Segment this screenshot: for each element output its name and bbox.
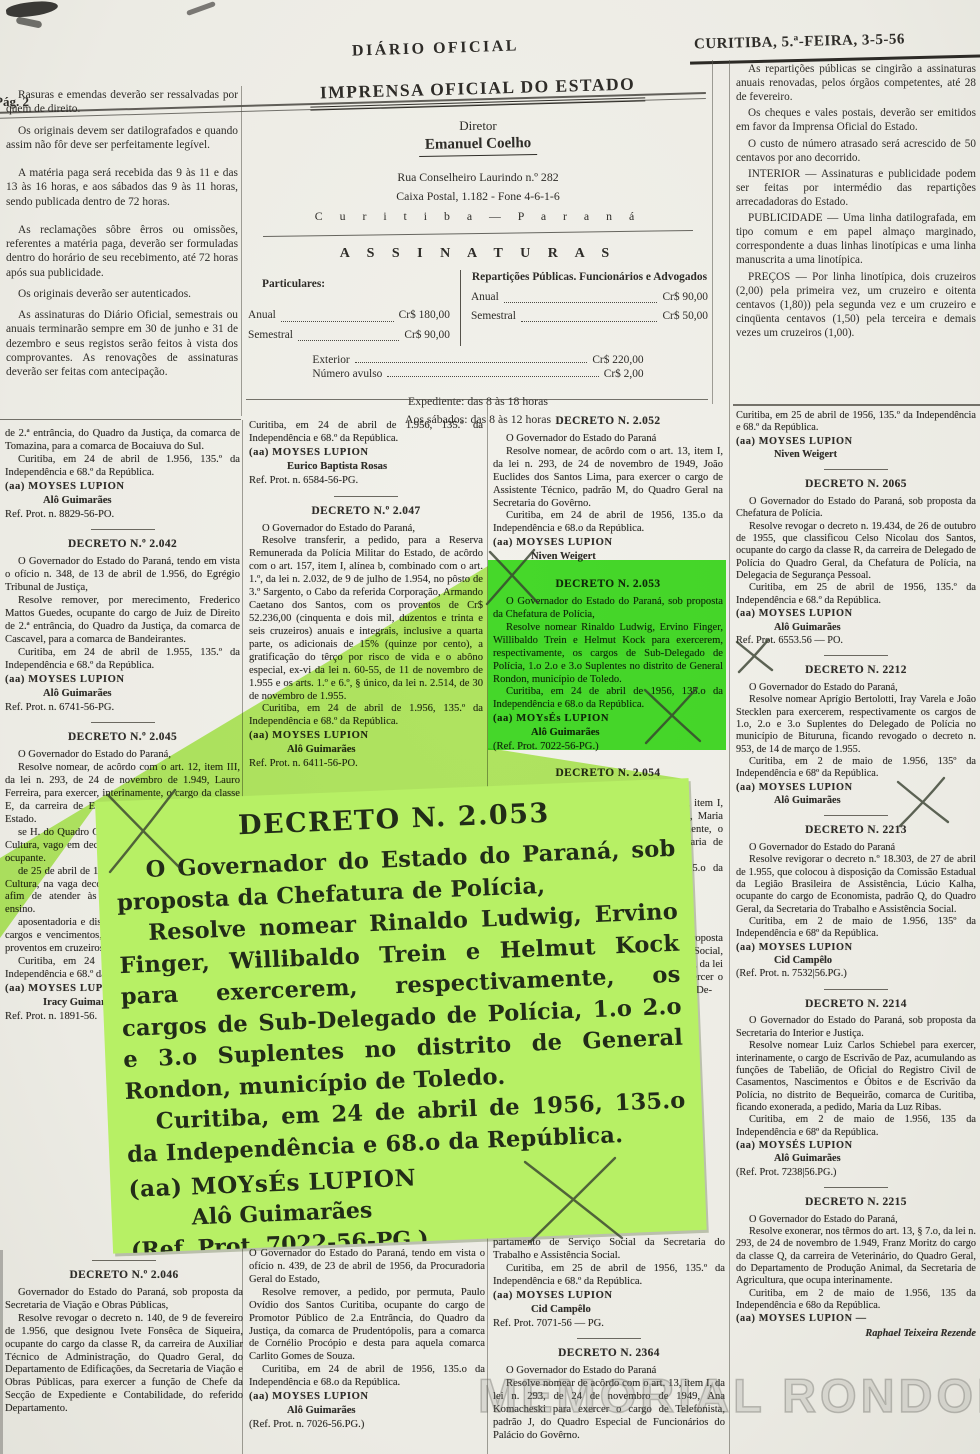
director-label: Diretor [248, 118, 708, 134]
dot-leader [281, 321, 394, 322]
section-rule [246, 399, 708, 400]
price-row: Exterior Cr$ 220,00 [312, 354, 643, 366]
masthead-org: IMPRENSA OFICIAL DO ESTADO [310, 73, 646, 110]
price-label: Semestral [471, 308, 516, 325]
text-block: O Governador do Estado do Paraná, [249, 523, 483, 536]
note-paragraph: Os originais deverão ser autenticados. [6, 287, 238, 301]
text-block: Alô Guimarães [43, 495, 240, 508]
column-divider [729, 60, 730, 1454]
text-block [92, 1260, 156, 1261]
text-block: DECRETO N. 2364 [493, 1347, 725, 1361]
text-block: Resolve nomear, de acôrdo com o art. 13,… [493, 446, 723, 511]
text-block: DECRETO N. 2215 [736, 1196, 976, 1210]
text-block: (aa) MOYSES LUPION [249, 730, 483, 743]
text-block: Alô Guimarães [287, 744, 483, 757]
price-amount: Cr$ 220,00 [592, 354, 643, 366]
text-block: O Governador do Estado do Paraná [493, 433, 723, 446]
text-block: Curitiba, em 2 de maio de 1.956, 135º da… [736, 916, 976, 941]
column-divider [241, 86, 242, 416]
text-block: Ref. Prot. 6553.56 — PO. [736, 635, 976, 647]
text-block: (aa) MOYSES LUPION [493, 1290, 725, 1303]
newspaper-scan-page: Pág. 2 DIÁRIO OFICIAL CURITIBA, 5.ª-FEIR… [0, 0, 980, 1454]
masthead-rule [263, 230, 693, 237]
text-block: Alô Guimarães [774, 1153, 976, 1165]
note-paragraph: A matéria paga será recebida das 9 às 11… [6, 166, 238, 209]
date-line: CURITIBA, 5.ª-FEIRA, 3-5-56 [694, 29, 980, 53]
text-block: (aa) MOYSES LUPION [736, 942, 976, 954]
text-block [824, 815, 888, 816]
decree-column-2-top: Curitiba, em 24 de abril de 1.956, 135.º… [249, 420, 483, 771]
text-block: Resolve remover, por merecimento, Freder… [5, 595, 240, 647]
text-block: Alô Guimarães [287, 1405, 485, 1418]
decree-2052: DECRETO N. 2.052O Governador do Estado d… [493, 415, 723, 564]
address-line: C u r i t i b a — P a r a n á [248, 207, 708, 226]
text-block: partamento de Serviço Social da Secretar… [493, 1237, 725, 1263]
text-block: O Governador do Estado do Paraná, tendo … [5, 556, 240, 595]
text-block: Governador do Estado do Paraná, sob prop… [5, 1287, 243, 1313]
text-block: Curitiba, em 25 de abril de 1956, 135.º … [736, 410, 976, 435]
text-block: Niven Weigert [774, 449, 976, 461]
text-block [577, 1338, 641, 1339]
price-column-reparticoes: Repartições Públicas. Funcionários e Adv… [461, 270, 708, 345]
text-block: Resolve transferir, a pedido, para a Res… [249, 535, 483, 703]
text-block: O Governador do Estado do Paraná, tendo … [249, 1248, 485, 1287]
dot-leader [521, 321, 658, 322]
price-label: Exterior [312, 354, 349, 366]
text-block: (aa) MOYSES LUPION [249, 1391, 485, 1404]
column-divider [712, 60, 713, 404]
price-row: Semestral Cr$ 90,00 [248, 327, 450, 344]
text-block: DECRETO N.º 2.047 [249, 505, 483, 519]
decree-column-2-bottom: O Governador do Estado do Paraná, tendo … [249, 1248, 485, 1432]
text-block: Curitiba, em 25 de abril de 1956, 135.º … [493, 1263, 725, 1289]
text-block: O Governador do Estado do Paraná [736, 842, 976, 854]
text-block [91, 722, 155, 723]
price-rows: Anual Cr$ 90,00 Semestral Cr$ 50,00 [471, 289, 708, 325]
left-instructions-column: Rasuras e emendas deverão ser ressalvada… [6, 88, 238, 386]
price-row: Anual Cr$ 90,00 [471, 289, 708, 306]
masthead: IMPRENSA OFICIAL DO ESTADO Diretor Emanu… [248, 78, 708, 428]
text-block: (aa) MOYSES LUPION [5, 481, 240, 494]
text-block: DECRETO N. 2212 [736, 664, 976, 678]
price-amount: Cr$ 2,00 [604, 368, 644, 380]
price-row: Semestral Cr$ 50,00 [471, 308, 708, 325]
text-block [824, 655, 888, 656]
text-block: Raphael Teixeira Rezende [736, 1328, 976, 1340]
text-block [824, 1187, 888, 1188]
text-block: Resolve nomear Aprígio Bertolotti, Iray … [736, 694, 976, 756]
price-amount: Cr$ 90,00 [662, 289, 708, 306]
price-amount: Cr$ 180,00 [399, 307, 450, 324]
text-block: Curitiba, em 2 de maio de 1.956, 135 da … [736, 1114, 976, 1139]
text-block: Cid Campêlo [531, 1304, 725, 1317]
price-extra-rows: Exterior Cr$ 220,00 Número avulso Cr$ 2,… [312, 354, 643, 380]
price-amount: Cr$ 90,00 [404, 327, 450, 344]
dot-leader [504, 302, 658, 303]
note-paragraph: As repartições públicas se cingirão a as… [736, 62, 976, 104]
scan-edge-artifact [0, 1250, 3, 1454]
text-block: Resolve revigorar o decreto n.º 18.303, … [736, 854, 976, 916]
text-block: DECRETO N. 2214 [736, 998, 976, 1012]
director-name: Emanuel Coelho [419, 135, 538, 157]
dot-leader [387, 376, 598, 377]
text-block: O Governador do Estado do Paraná, [736, 682, 976, 694]
text-block: Cid Campêlo [774, 955, 976, 967]
text-block: O Governador do Estado do Paraná, sob pr… [736, 1015, 976, 1040]
text-block: DECRETO N.º 2.042 [5, 538, 240, 552]
price-column-header: Particulares: [262, 276, 450, 293]
text-block: (Ref. Prot. n. 7026-56.PG.) [249, 1419, 485, 1432]
price-rows: Anual Cr$ 180,00 Semestral Cr$ 90,00 [248, 307, 450, 343]
note-paragraph: Os originais devem ser datilografados e … [6, 124, 238, 153]
text-block: Curitiba, em 2 de maio de 1.956, 135 da … [736, 1288, 976, 1313]
text-block: Ref. Prot. n. 6741-56-PG. [5, 702, 240, 715]
text-block: Ref. Prot. n. 8829-56-PO. [5, 509, 240, 522]
ink-smudge [16, 16, 43, 28]
text-block: Resolve nomear Rinaldo Ludwig, Ervino Fi… [118, 897, 685, 1108]
price-label: Número avulso [312, 368, 382, 380]
text-block: (aa) MOYSES LUPION [5, 674, 240, 687]
text-block: Alô Guimarães [774, 795, 976, 807]
ink-smudge [5, 0, 58, 20]
price-amount: Cr$ 50,00 [662, 308, 708, 325]
text-block: O Governador do Estado do Paraná, sob pr… [736, 496, 976, 521]
text-block: Ref. Prot. n. 6584-56-PG. [249, 475, 483, 488]
decree-column-4: Curitiba, em 25 de abril de 1956, 135.º … [736, 410, 976, 1340]
text-block: (aa) MOYSES LUPION [493, 537, 723, 550]
text-block: Resolve nomear Luiz Carlos Schiebel para… [736, 1040, 976, 1114]
note-paragraph: O custo de número atrasado será acrescid… [736, 137, 976, 165]
text-block: Curitiba, em 24 de abril de 1956, 135.o … [493, 510, 723, 536]
text-block: Resolve revogar o decreto n. 140, de 9 d… [5, 1313, 243, 1416]
note-paragraph: As reclamações sôbre êrros ou omissões, … [6, 223, 238, 280]
note-paragraph: PUBLICIDADE — Uma linha datilografada, e… [736, 211, 976, 267]
text-block: Curitiba, em 24 de abril de 1.956, 135.º… [5, 454, 240, 480]
magnified-decree-popup: DECRETO N. 2.053O Governador do Estado d… [95, 778, 707, 1253]
text-block: Eurico Baptista Rosas [287, 461, 483, 474]
dot-leader [355, 362, 588, 363]
text-block: (aa) MOYSES LUPION [736, 608, 976, 620]
text-block: DECRETO N.º 2.046 [5, 1269, 243, 1283]
text-block: (aa) MOYSES LUPION — [736, 1313, 976, 1325]
text-block: Alô Guimarães [774, 622, 976, 634]
text-block: Curitiba, em 24 de abril de 1956, 135.o … [249, 1364, 485, 1390]
note-paragraph: Rasuras e emendas deverão ser ressalvada… [6, 88, 238, 117]
text-block: Alô Guimarães [43, 688, 240, 701]
text-block: Curitiba, em 25 de abril de 1956, 135.º … [736, 582, 976, 607]
ink-smudge [186, 1, 216, 16]
text-block: (aa) MOYSES LUPION [736, 436, 976, 448]
subscription-price-table: Particulares: Anual Cr$ 180,00 Semestral [248, 270, 708, 345]
text-block [91, 529, 155, 530]
text-block: Curitiba, em 24 de abril de 1.956, 135.º… [249, 420, 483, 446]
masthead-address: Rua Conselheiro Laurindo n.º 282 Caixa P… [248, 168, 708, 226]
text-block: DECRETO N.º 2.045 [5, 731, 240, 745]
price-row: Anual Cr$ 180,00 [248, 307, 450, 324]
section-rule [0, 419, 241, 420]
text-block: DECRETO N. 2.052 [493, 415, 723, 429]
dot-leader [298, 340, 399, 341]
text-block [824, 469, 888, 470]
text-block: DECRETO N. 2213 [736, 824, 976, 838]
text-block: Resolve remover, a pedido, por permuta, … [249, 1287, 485, 1365]
address-line: Rua Conselheiro Laurindo n.º 282 [248, 168, 708, 187]
text-block: Curitiba, em 2 de maio de 1.956, 135º da… [736, 756, 976, 781]
text-block: Resolve exonerar, nos têrmos do art. 13,… [736, 1226, 976, 1288]
text-block: (aa) MOYSES LUPION [249, 447, 483, 460]
text-block: O Governador do Estado do Paraná, [5, 749, 240, 762]
section-rule [733, 404, 980, 406]
note-paragraph: INTERIOR — Assinaturas e publicidade pod… [736, 167, 976, 209]
text-block: (aa) MOYSES LUPION [736, 782, 976, 794]
text-block [824, 989, 888, 990]
price-label: Semestral [248, 327, 293, 344]
text-block: Ref. Prot. 7071-56 — PG. [493, 1318, 725, 1331]
text-block: (Ref. Prot. 7238|56.PG.) [736, 1167, 976, 1179]
note-paragraph: As assinaturas do Diário Oficial, semest… [6, 308, 238, 379]
text-block: Ref. Prot. n. 6411-56-PO. [249, 758, 483, 771]
archive-watermark: MEMORIAL RONDONENSE [478, 1368, 980, 1423]
text-block [334, 496, 398, 497]
decree-column-1-bottom: DECRETO N.º 2.046Governador do Estado do… [5, 1252, 243, 1416]
right-instructions-column: As repartições públicas se cingirão a as… [736, 62, 976, 342]
text-block: (Ref. Prot. n. 7532|56.PG.) [736, 968, 976, 980]
price-column-particulares: Particulares: Anual Cr$ 180,00 Semestral [248, 270, 461, 345]
highlighted-decree-region [488, 560, 726, 750]
text-block: de 2.ª entrância, do Quadro da Justiça, … [5, 428, 240, 454]
subscriptions-title: A S S I N A T U R A S [248, 246, 708, 262]
text-block: O Governador do Estado do Paraná, [736, 1214, 976, 1226]
address-line: Caixa Postal, 1.182 - Fone 4-6-1-6 [248, 187, 708, 206]
text-block: Curitiba, em 24 de abril de 1.955, 135.º… [5, 647, 240, 673]
text-block: DECRETO N. 2065 [736, 478, 976, 492]
note-paragraph: PREÇOS — Por linha linotípica, dois cruz… [736, 270, 976, 341]
note-paragraph: Os cheques e vales postais, deverão ser … [736, 106, 976, 134]
text-block: Curitiba, em 24 de abril de 1.956, 135.º… [249, 703, 483, 729]
text-block: Resolve revogar o decreto n. 19.434, de … [736, 521, 976, 583]
price-column-header: Repartições Públicas. Funcionários e Adv… [471, 270, 708, 284]
price-label: Anual [248, 307, 276, 324]
price-row: Número avulso Cr$ 2,00 [312, 368, 643, 380]
price-label: Anual [471, 289, 499, 306]
magnified-decree-text: DECRETO N. 2.053O Governador do Estado d… [114, 793, 692, 1254]
newspaper-title: DIÁRIO OFICIAL [352, 37, 519, 60]
text-block: (aa) MOYSÉS LUPION [736, 1140, 976, 1152]
